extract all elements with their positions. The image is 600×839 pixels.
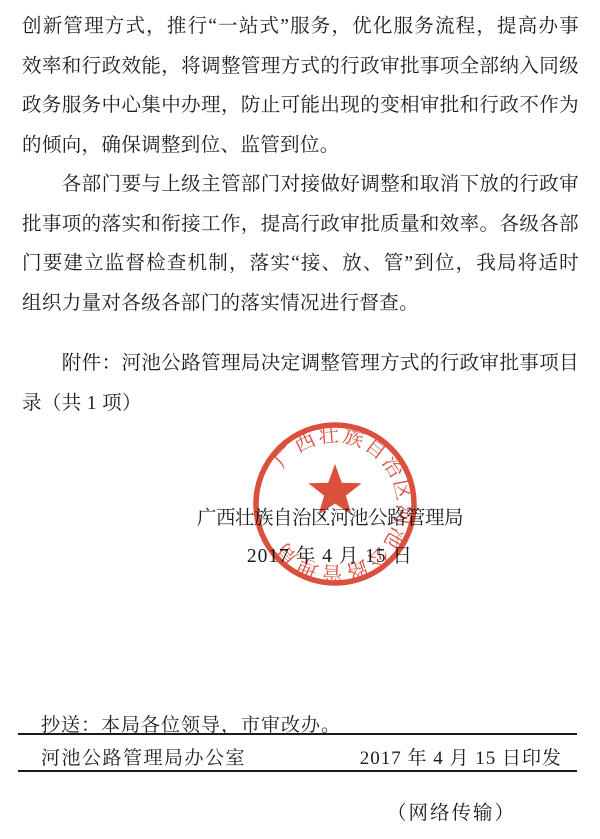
footer-rule-top [18,733,577,735]
transmission-note: （网络传输） [387,797,516,825]
paragraph: 创新管理方式，推行“一站式”服务，优化服务流程，提高办事 效率和行政效能，将调整… [22,7,579,165]
body-line: 政务服务中心集中办理，防止可能出现的变相审批和行政不作为 [22,86,579,126]
svg-text:广西壮族自治区河池公路管理局: 广西壮族自治区河池公路管理局 [245,414,425,594]
document-page: 创新管理方式，推行“一站式”服务，优化服务流程，提高办事 效率和行政效能，将调整… [0,0,600,839]
body-line: 组织力量对各级各部门的落实情况进行督查。 [22,284,579,324]
body-line: 创新管理方式，推行“一站式”服务，优化服务流程，提高办事 [22,7,579,47]
paragraph: 各部门要与上级主管部门对接做好调整和取消下放的行政审 批事项的落实和衔接工作，提… [22,165,579,323]
body-line: 批事项的落实和衔接工作，提高行政审批质量和效率。各级各部 [22,205,579,245]
footer-rule-bottom [18,770,577,772]
print-date: 2017 年 4 月 15 日印发 [360,743,562,770]
issuing-office: 河池公路管理局办公室 [41,743,246,770]
seal-star-icon [308,464,361,515]
body-text: 创新管理方式，推行“一站式”服务，优化服务流程，提高办事 效率和行政效能，将调整… [22,7,579,423]
body-line: 效率和行政效能，将调整管理方式的行政审批事项全部纳入同级 [22,47,579,87]
body-line: 门要建立监督检查机制，落实“接、放、管”到位，我局将适时 [22,244,579,284]
seal-arc-text: 广西壮族自治区河池公路管理局 [245,414,425,594]
body-line: 各部门要与上级主管部门对接做好调整和取消下放的行政审 [22,165,579,205]
body-line: 附件：河池公路管理局决定调整管理方式的行政审批事项目 [22,344,579,384]
attachment-note: 附件：河池公路管理局决定调整管理方式的行政审批事项目 录（共 1 项） [22,344,579,423]
official-seal-icon: 广西壮族自治区河池公路管理局 [245,414,425,594]
body-line: 的倾向，确保调整到位、监管到位。 [22,126,579,166]
